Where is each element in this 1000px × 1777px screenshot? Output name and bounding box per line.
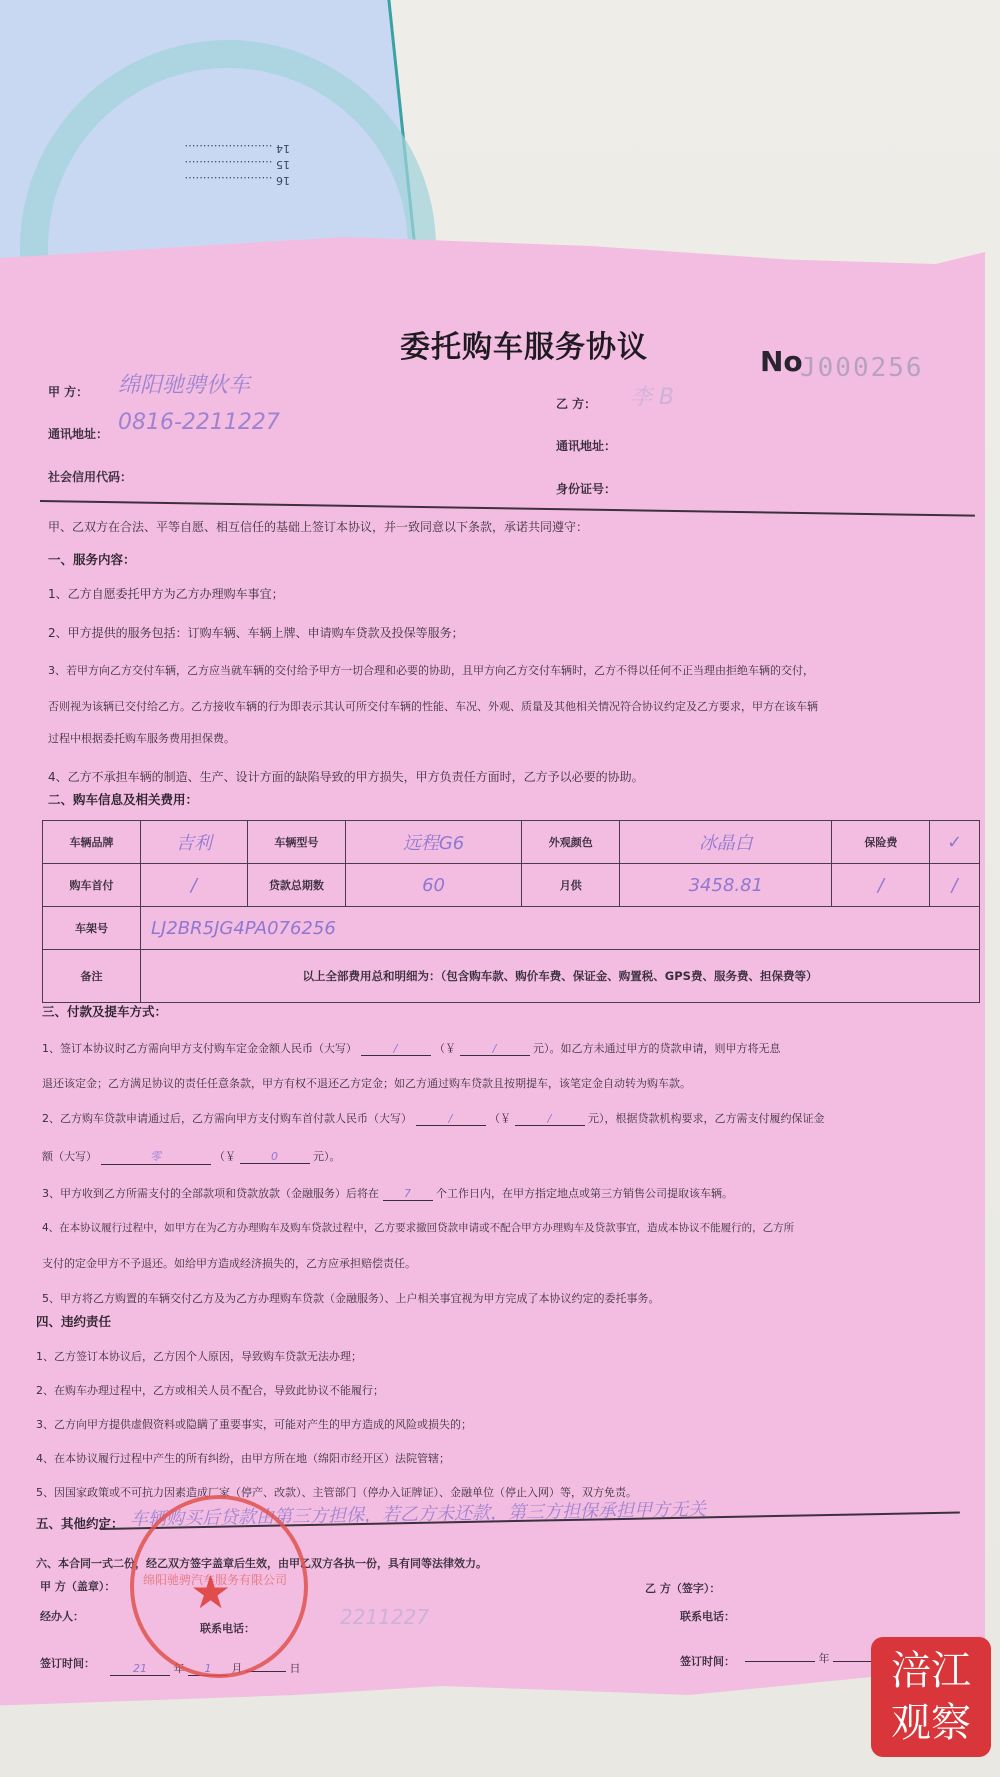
party-a-phone-value: 2211227 [340,1605,429,1629]
section4-item: 2、在购车办理过程中，乙方或相关人员不配合，导致此协议不能履行； [36,1382,384,1398]
section4-item: 3、乙方向甲方提供虚假资料或隐瞒了重要事实，可能对产生的甲方造成的风险或损失的； [36,1416,472,1432]
guarantee-amount: 0 [240,1150,310,1164]
section3-item-2: 2、乙方购车贷款申请通过后，乙方需向甲方支付购车首付款人民币（大写） / （￥ … [42,1110,825,1126]
deposit-amount-uppercase: / [361,1042,431,1056]
section3-item-2-cont: 额（大写） 零 （￥ 0 元）。 [42,1148,341,1165]
section1-item: 2、甲方提供的服务包括：订购车辆、车辆上牌、申请购车贷款及投保等服务； [48,624,464,641]
cell-insurance-value: ✓ [930,821,980,864]
party-a-date-label: 签订时间： [40,1655,95,1671]
section1-item: 否则视为该辆已交付给乙方。乙方接收车辆的行为即表示其认可所交付车辆的性能、车况、… [48,698,818,714]
downpayment-uppercase: / [416,1112,486,1126]
table-row: 备注 以上全部费用总和明细为：（包含购车款、购价车费、保证金、购置税、GPS费、… [43,950,980,1003]
section3-heading: 三、付款及提车方式： [42,1002,167,1020]
cell-downpayment-label: 购车首付 [43,864,141,907]
party-a-address-value: 0816-2211227 [118,410,280,435]
cell-note-value: 以上全部费用总和明细为：（包含购车款、购价车费、保证金、购置税、GPS费、服务费… [141,950,980,1003]
party-b-date-label: 签订时间： [680,1653,735,1669]
guarantee-uppercase: 零 [101,1148,211,1165]
watermark-logo: 涪江 观察 [871,1637,991,1757]
cell-empty-label: / [832,864,930,907]
cell-monthly-label: 月供 [522,864,620,907]
date-year: 21 [110,1662,170,1676]
table-row: 车辆品牌 吉利 车辆型号 远程G6 外观颜色 冰晶白 保险费 ✓ [43,821,980,864]
section1-item: 过程中根据委托购车服务费用担保费。 [48,730,235,746]
section1-heading: 一、服务内容： [48,550,136,568]
deposit-amount: / [460,1042,530,1056]
cell-loan-term-value: 60 [345,864,521,907]
party-b-phone-label: 联系电话： [680,1608,735,1624]
party-b-sign-label: 乙 方（签字）： [645,1580,720,1596]
cell-brand-label: 车辆品牌 [43,821,141,864]
workdays-value: 7 [383,1187,433,1201]
preamble-text: 甲、乙双方在合法、平等自愿、相互信任的基础上签订本协议，并一致同意以下条款，承诺… [48,518,588,535]
party-b-address-label: 通讯地址： [556,437,616,454]
cell-model-value: 远程G6 [345,821,521,864]
section3-item-3: 3、甲方收到乙方所需支付的全部款项和贷款放款（金融服务）后将在 7 个工作日内，… [42,1185,733,1201]
cell-monthly-value: 3458.81 [620,864,832,907]
section4-heading: 四、违约责任 [36,1312,111,1330]
section3-item-4-cont: 支付的定金甲方不予退还。如给甲方造成经济损失的，乙方应承担赔偿责任。 [42,1255,416,1271]
cell-vin-label: 车架号 [43,907,141,950]
cell-model-label: 车辆型号 [247,821,345,864]
party-b-date: 年 [745,1650,873,1666]
document-title: 委托购车服务协议 [400,322,648,366]
section3-item-1-cont: 退还该定金；乙方满足协议的责任任意条款，甲方有权不退还乙方定金；如乙方通过购车贷… [42,1075,691,1091]
contract-document: 委托购车服务协议 No J000256 甲 方： 绵阳驰骋伙车 通讯地址： 08… [0,0,1000,1777]
cell-color-label: 外观颜色 [522,821,620,864]
downpayment-amount: / [515,1112,585,1126]
party-b-value: 李 B [630,380,674,411]
document-number-label: No [760,345,803,378]
cell-note-label: 备注 [43,950,141,1003]
section1-item: 4、乙方不承担车辆的制造、生产、设计方面的缺陷导致的甲方损失，甲方负责任方面时，… [48,768,644,785]
section2-heading: 二、购车信息及相关费用： [48,790,198,808]
party-a-stamp-label: 甲 方（盖章）： [40,1578,115,1594]
section4-item: 4、在本协议履行过程中产生的所有纠纷，由甲方所在地（绵阳市经开区）法院管辖； [36,1450,450,1466]
agent-label: 经办人： [40,1608,84,1624]
cell-loan-term-label: 贷款总期数 [247,864,345,907]
party-a-address-label: 通讯地址： [48,425,108,442]
party-b-id-label: 身份证号： [556,480,616,497]
cell-downpayment-value: / [141,864,248,907]
section3-item-5: 5、甲方将乙方购置的车辆交付乙方及为乙方办理购车贷款（金融服务）、上户相关事宜视… [42,1290,660,1306]
party-a-label: 甲 方： [48,383,88,400]
table-row: 购车首付 / 贷款总期数 60 月供 3458.81 / / [43,864,980,907]
document-number: J000256 [800,353,924,383]
cell-color-value: 冰晶白 [620,821,832,864]
cell-vin-value: LJ2BR5JG4PA076256 [141,907,980,950]
section1-item: 1、乙方自愿委托甲方为乙方办理购车事宜； [48,585,284,602]
party-b-label: 乙 方： [556,395,596,412]
cell-empty-value: / [930,864,980,907]
section4-item: 1、乙方签订本协议后，乙方因个人原因，导致购车贷款无法办理； [36,1348,362,1364]
cell-insurance-label: 保险费 [832,821,930,864]
vehicle-info-table: 车辆品牌 吉利 车辆型号 远程G6 外观颜色 冰晶白 保险费 ✓ 购车首付 / … [42,820,980,1003]
party-a-value: 绵阳驰骋伙车 [118,368,250,399]
table-row: 车架号 LJ2BR5JG4PA076256 [43,907,980,950]
party-a-credit-label: 社会信用代码： [48,468,132,485]
cell-brand-value: 吉利 [141,821,248,864]
seal-star-icon: ★ [190,1565,231,1619]
header-divider [40,500,975,517]
section3-item-1: 1、签订本协议时乙方需向甲方支付购车定金金额人民币（大写） / （￥ / 元）。… [42,1040,781,1056]
section1-item: 3、若甲方向乙方交付车辆，乙方应当就车辆的交付给予甲方一切合理和必要的协助，且甲… [48,662,814,678]
section3-item-4: 4、在本协议履行过程中，如甲方在为乙方办理购车及购车贷款过程中，乙方要求撤回贷款… [42,1220,794,1235]
